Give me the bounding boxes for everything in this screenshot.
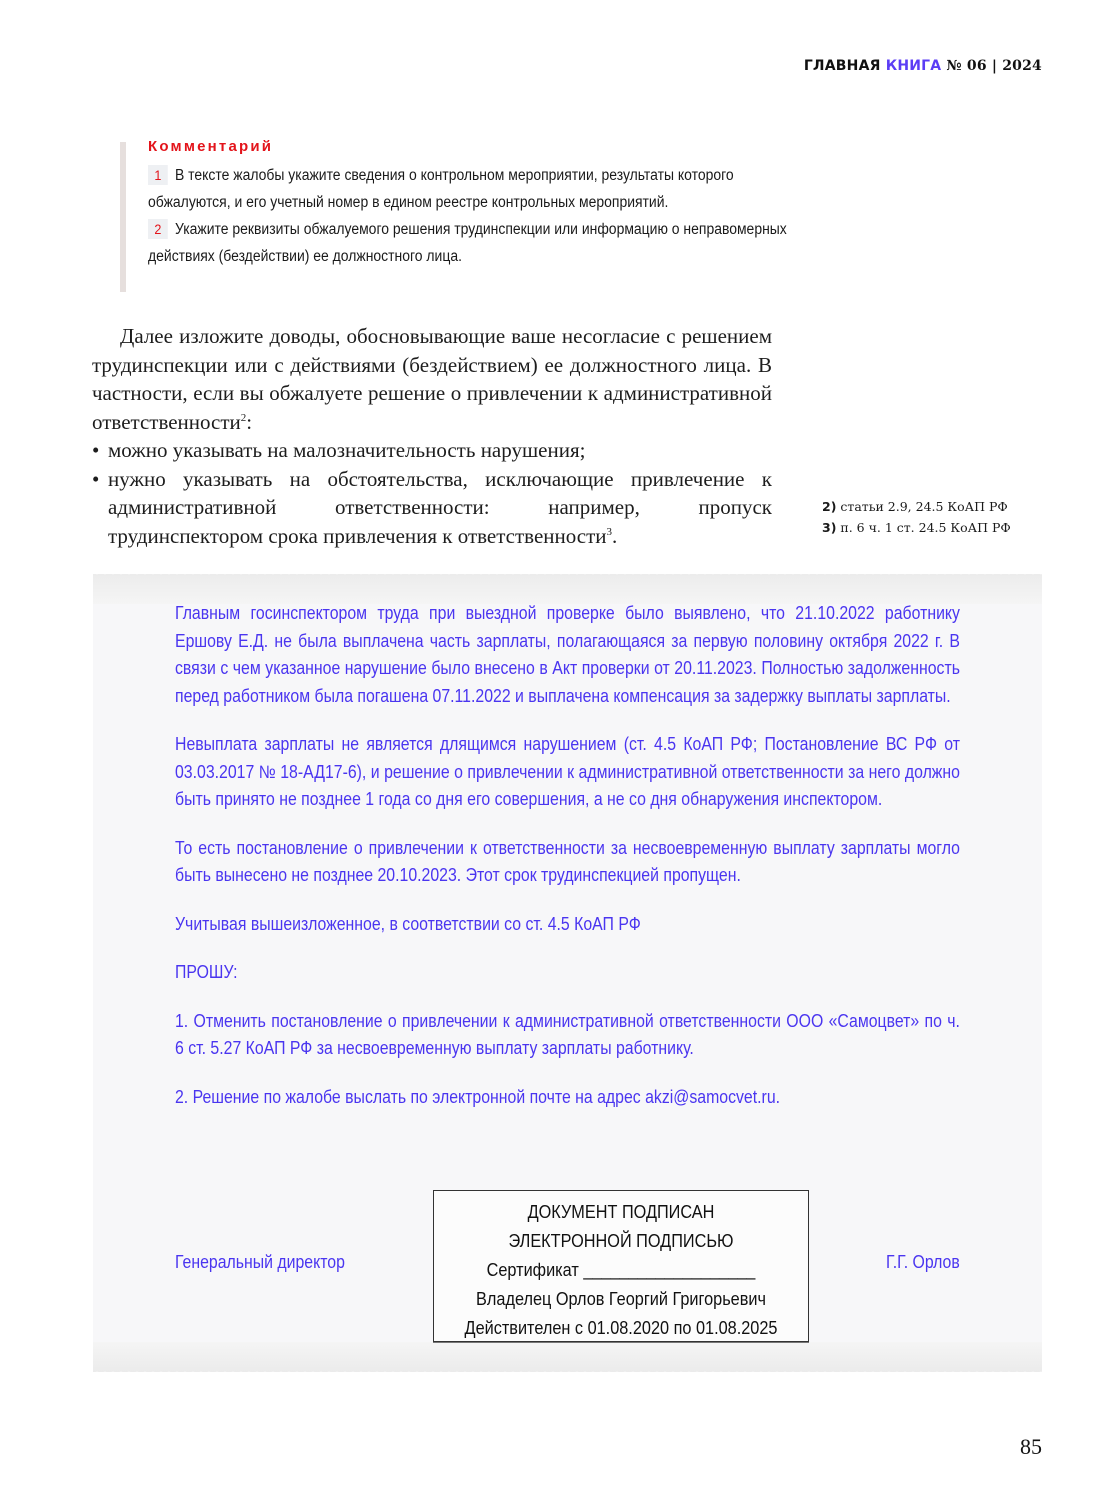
sample-document: Главным госинспектором труда при выездно… — [93, 574, 1042, 1372]
torn-edge-bottom — [93, 1369, 1042, 1375]
comment-item: 1В тексте жалобы укажите сведения о конт… — [148, 162, 788, 216]
footnote-text: п. 6 ч. 1 ст. 24.5 КоАП РФ — [840, 520, 1010, 535]
bullet-text: можно указывать на малозначительность на… — [108, 438, 585, 462]
sample-paragraph: Невыплата зарплаты не является длящимся … — [175, 731, 960, 814]
footnote-marker: 2) — [822, 499, 836, 514]
comment-item: 2Укажите реквизиты обжалуемого решения т… — [148, 216, 788, 270]
comment-title: Комментарий — [148, 138, 273, 155]
magazine-brand: КНИГА — [886, 58, 942, 74]
footnote: 3) п. 6 ч. 1 ст. 24.5 КоАП РФ — [822, 517, 1011, 538]
comment-item-number: 2 — [148, 219, 168, 239]
comment-body: 1В тексте жалобы укажите сведения о конт… — [148, 162, 788, 270]
signature-row: Генеральный директор ДОКУМЕНТ ПОДПИСАН Э… — [93, 1190, 1042, 1344]
footnote: 2) статьи 2.9, 24.5 КоАП РФ — [822, 496, 1011, 517]
bullet-text: нужно указывать на обстоятельства, исклю… — [108, 467, 772, 548]
comment-item-text: В тексте жалобы укажите сведения о контр… — [148, 167, 734, 211]
page-number: 85 — [1020, 1434, 1042, 1460]
sample-paragraph: 1. Отменить постановление о привлечении … — [175, 1008, 960, 1063]
bullet-end: . — [612, 524, 617, 548]
e-signature-stamp: ДОКУМЕНТ ПОДПИСАН ЭЛЕКТРОННОЙ ПОДПИСЬЮ С… — [433, 1190, 809, 1342]
comment-side-bar — [120, 142, 126, 292]
stamp-line: ДОКУМЕНТ ПОДПИСАН — [456, 1197, 785, 1226]
magazine-name: ГЛАВНАЯ — [804, 58, 881, 74]
signer-name: Г.Г. Орлов — [886, 1252, 960, 1273]
article-body: Далее изложите доводы, обосновывающие ва… — [92, 322, 772, 550]
article-paragraph: Далее изложите доводы, обосновывающие ва… — [92, 322, 772, 436]
stamp-line: Действителен с 01.08.2020 по 01.08.2025 — [456, 1313, 785, 1342]
sample-paragraph: Учитывая вышеизложенное, в соответствии … — [175, 911, 960, 939]
sample-paragraph: То есть постановление о привлечении к от… — [175, 835, 960, 890]
bullet-item: можно указывать на малозначительность на… — [92, 436, 772, 465]
signer-role: Генеральный директор — [175, 1252, 345, 1273]
stamp-line: ЭЛЕКТРОННОЙ ПОДПИСЬЮ — [456, 1226, 785, 1255]
comment-item-text: Укажите реквизиты обжалуемого решения тр… — [148, 221, 787, 265]
sample-bottom-band — [93, 1342, 1042, 1372]
paragraph-end: : — [246, 410, 252, 434]
issue-number: № 06 | 2024 — [946, 58, 1042, 74]
bullet-item: нужно указывать на обстоятельства, исклю… — [92, 465, 772, 551]
sample-paragraph: 2. Решение по жалобе выслать по электрон… — [175, 1084, 960, 1112]
sample-paragraph: ПРОШУ: — [175, 959, 960, 987]
comment-item-number: 1 — [148, 165, 168, 185]
sample-paragraph: Главным госинспектором труда при выездно… — [175, 600, 960, 710]
stamp-line: Сертификат ___________________ — [456, 1255, 785, 1284]
footnote-text: статьи 2.9, 24.5 КоАП РФ — [840, 499, 1007, 514]
paragraph-text: Далее изложите доводы, обосновывающие ва… — [92, 324, 772, 434]
running-header: ГЛАВНАЯ КНИГА № 06 | 2024 — [804, 58, 1042, 74]
sample-text: Главным госинспектором труда при выездно… — [175, 600, 960, 1132]
side-footnotes: 2) статьи 2.9, 24.5 КоАП РФ 3) п. 6 ч. 1… — [822, 496, 1011, 538]
footnote-marker: 3) — [822, 520, 836, 535]
stamp-line: Владелец Орлов Георгий Григорьевич — [456, 1284, 785, 1313]
torn-edge-top — [93, 571, 1042, 577]
bullet-list: можно указывать на малозначительность на… — [92, 436, 772, 550]
